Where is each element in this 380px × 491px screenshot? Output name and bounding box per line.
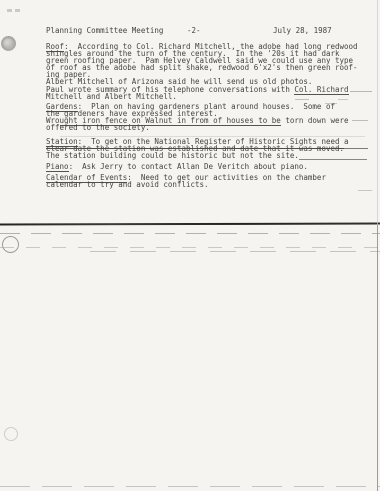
- text-line: of roof as the adobe had split shake, re…: [46, 64, 366, 71]
- scan-rule-solid: [0, 223, 380, 226]
- underlined-text: Col. Richard: [294, 85, 348, 95]
- section-gardens: Gardens: Plan on having gardeners plant …: [46, 103, 366, 132]
- scan-rule-broken-1: [0, 233, 380, 234]
- document-date: July 28, 1987: [273, 27, 332, 34]
- text-segment: of roof as the adobe had split shake, re…: [46, 63, 358, 72]
- text-segment: The station building could be historic b…: [46, 151, 299, 160]
- text-line: Piano: Ask Jerry to contact Allan De Ver…: [46, 163, 366, 170]
- section-roof: Roof: According to Col. Richard Mitchell…: [46, 43, 366, 101]
- text-segment: Mitchell and Albert Mitchell.: [46, 92, 177, 101]
- margin-dash: [325, 103, 337, 104]
- hole-punch-top: [1, 36, 16, 51]
- hole-punch-bottom: [4, 427, 18, 441]
- section-calendar-of-events: Calendar of Events: Need to get our acti…: [46, 174, 366, 188]
- scan-edge-right-dark: [377, 225, 378, 491]
- margin-dash: [338, 99, 348, 100]
- underline-extension-site: [299, 159, 367, 160]
- margin-dash: [358, 190, 372, 191]
- hole-punch-middle: [2, 236, 19, 253]
- text-segment: : Ask Jerry to contact Allan De Veritch …: [69, 162, 308, 171]
- scan-rule-broken-3: [90, 251, 380, 252]
- scan-rule-bottom: [0, 486, 380, 487]
- strikethrough-extension: [344, 148, 368, 149]
- margin-dash: [352, 120, 368, 121]
- page-number: -2-: [187, 27, 201, 34]
- text-segment: torn down were: [281, 116, 349, 125]
- scan-smudge-top-left: [7, 9, 21, 12]
- scanned-document-page: Planning Committee Meeting -2- July 28, …: [0, 0, 380, 491]
- scan-rule-broken-2: [0, 247, 380, 248]
- document-header: Planning Committee Meeting -2- July 28, …: [0, 27, 380, 35]
- margin-dash: [295, 99, 309, 100]
- text-segment: calendar to try and avoid conflicts.: [46, 180, 209, 189]
- underlined-text: Piano: [46, 162, 69, 172]
- text-segment: offered to the society.: [46, 123, 150, 132]
- section-piano: Piano: Ask Jerry to contact Allan De Ver…: [46, 163, 366, 170]
- document-title: Planning Committee Meeting: [46, 27, 163, 34]
- faint-streak-above-station: [60, 136, 365, 137]
- underline-extension-richard: [350, 91, 372, 92]
- section-station: Station: To get on the National Register…: [46, 138, 366, 160]
